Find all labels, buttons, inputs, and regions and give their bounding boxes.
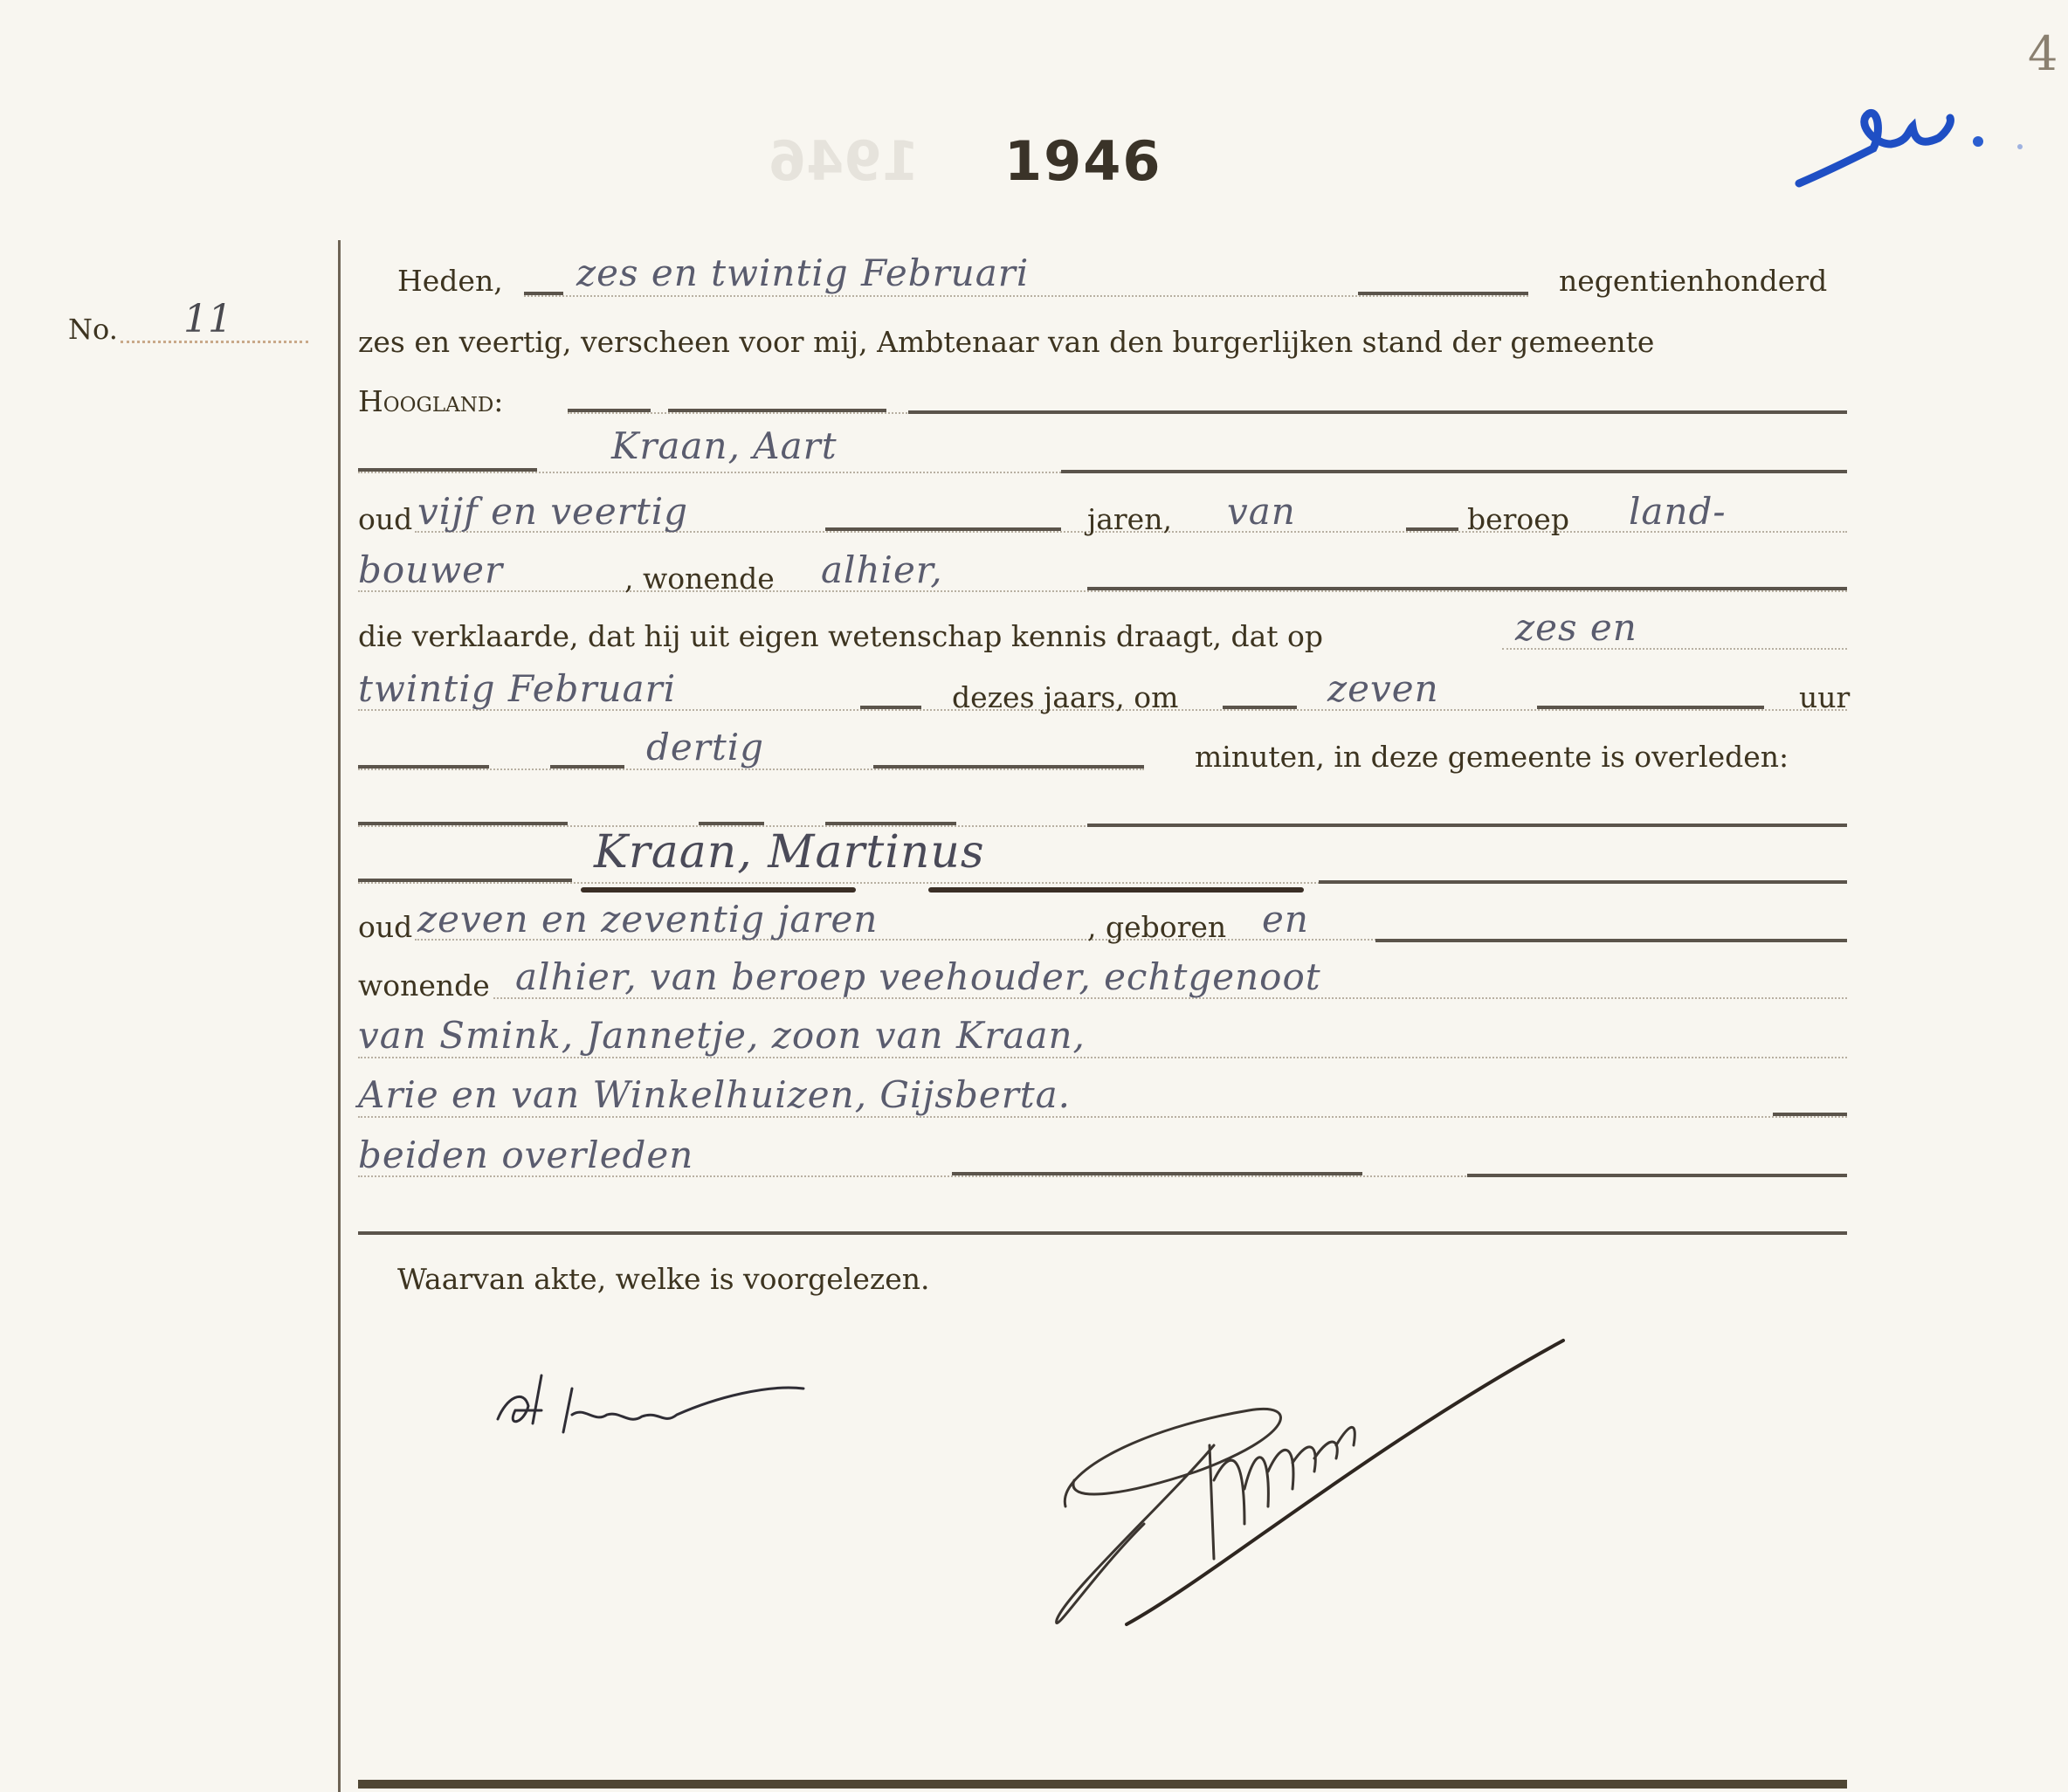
filler-dash (1467, 1174, 1847, 1177)
filler-dash (699, 822, 764, 825)
filler-dash (1773, 1113, 1847, 1116)
occupation-label: beroep (1467, 505, 1569, 534)
bleed-through-year: 1946 (769, 129, 920, 193)
filler-dash (1319, 880, 1847, 884)
filler-dash (1375, 939, 1847, 942)
page-number: 4 (2028, 26, 2058, 81)
declarant-occupation-part2: bouwer (358, 552, 503, 589)
time-label: dezes jaars, om (952, 683, 1178, 712)
born-label: , geboren (1087, 913, 1226, 941)
field-line (358, 768, 1144, 770)
declarant-age: vijf en veertig (417, 493, 688, 530)
age-label: oud (358, 505, 412, 534)
filler-dash (1087, 824, 1847, 827)
years-label: jaren, (1087, 505, 1172, 534)
deceased-details-4: beiden overleden (358, 1137, 693, 1174)
deceased-details-3: Arie en van Winkelhuizen, Gijsberta. (358, 1077, 1071, 1113)
declarant-signature: A Kraan (489, 1362, 821, 1462)
official-signature: Rommel (1039, 1349, 1581, 1650)
minutes-label: minuten, in deze gemeente is overleden: (1195, 742, 1789, 771)
filler-dash (873, 765, 1144, 768)
declarant-name: Kraan, Aart (611, 428, 838, 465)
death-date-part2: twintig Februari (358, 671, 676, 707)
deceased-details-1: alhier, van beroep veehouder, echtgenoot (515, 959, 1321, 996)
filler-dash (1537, 706, 1764, 709)
heden-label: Heden, (397, 266, 503, 295)
margin-rule (338, 240, 341, 1792)
margin-mark (1795, 96, 2039, 196)
filler-dash (825, 527, 1061, 531)
closing-rule (358, 1231, 1847, 1235)
hour-label: uur (1799, 683, 1850, 712)
declaration-text: die verklaarde, dat hij uit eigen wetens… (358, 622, 1323, 651)
filler-dash (668, 409, 886, 412)
year-prefix-text: negentienhonderd (1559, 266, 1827, 295)
deceased-age: zeven en zeventig jaren (417, 901, 878, 938)
death-hour: zeven (1327, 671, 1439, 707)
document-year: 1946 (1004, 129, 1162, 193)
field-line (358, 1057, 1847, 1058)
municipality-label: Hoogland: (358, 387, 503, 416)
declarant-residence: alhier, (821, 552, 943, 589)
filler-dash (550, 765, 624, 768)
declarant-occupation-part1: land- (1629, 493, 1727, 530)
filler-dash (860, 706, 921, 709)
field-line (358, 1116, 1847, 1118)
filler-dash (358, 765, 489, 768)
death-minutes: dertig (646, 729, 764, 766)
bottom-rule (358, 1780, 1847, 1789)
date-field-line (524, 295, 1528, 297)
filler-dash (358, 822, 568, 825)
filler-dash (1406, 527, 1458, 531)
given-name-underline (928, 887, 1304, 893)
filler-dash (1223, 706, 1297, 709)
age-label: oud (358, 913, 412, 941)
death-registration-date: zes en twintig Februari (576, 255, 1029, 292)
filler-dash (524, 292, 563, 295)
filler-dash (825, 822, 956, 825)
residence-label: , wonende (624, 564, 775, 593)
filler-dash (568, 409, 651, 412)
filler-dash (1358, 292, 1528, 295)
closing-text: Waarvan akte, welke is voorgelezen. (397, 1265, 930, 1293)
filler-dash (1087, 587, 1847, 590)
death-date-part1: zes en (1515, 610, 1637, 646)
appearance-text: zes en veertig, verscheen voor mij, Ambt… (358, 327, 1654, 356)
filler-dash (952, 1172, 1362, 1175)
record-number-label: No. (68, 313, 118, 346)
filler-dash (908, 410, 1847, 414)
deceased-details-2: van Smink, Jannetje, zoon van Kraan, (358, 1017, 1086, 1054)
deceased-name: Kraan, Martinus (594, 830, 985, 875)
filler-dash (1061, 470, 1847, 473)
field-line (358, 590, 1847, 592)
residence-label: wonende (358, 971, 490, 1000)
record-number-value: 11 (183, 297, 232, 341)
filler-dash (358, 468, 537, 472)
born-text: en (1262, 901, 1309, 938)
surname-underline (581, 887, 856, 893)
van-text: van (1227, 493, 1296, 530)
filler-dash (358, 879, 572, 882)
